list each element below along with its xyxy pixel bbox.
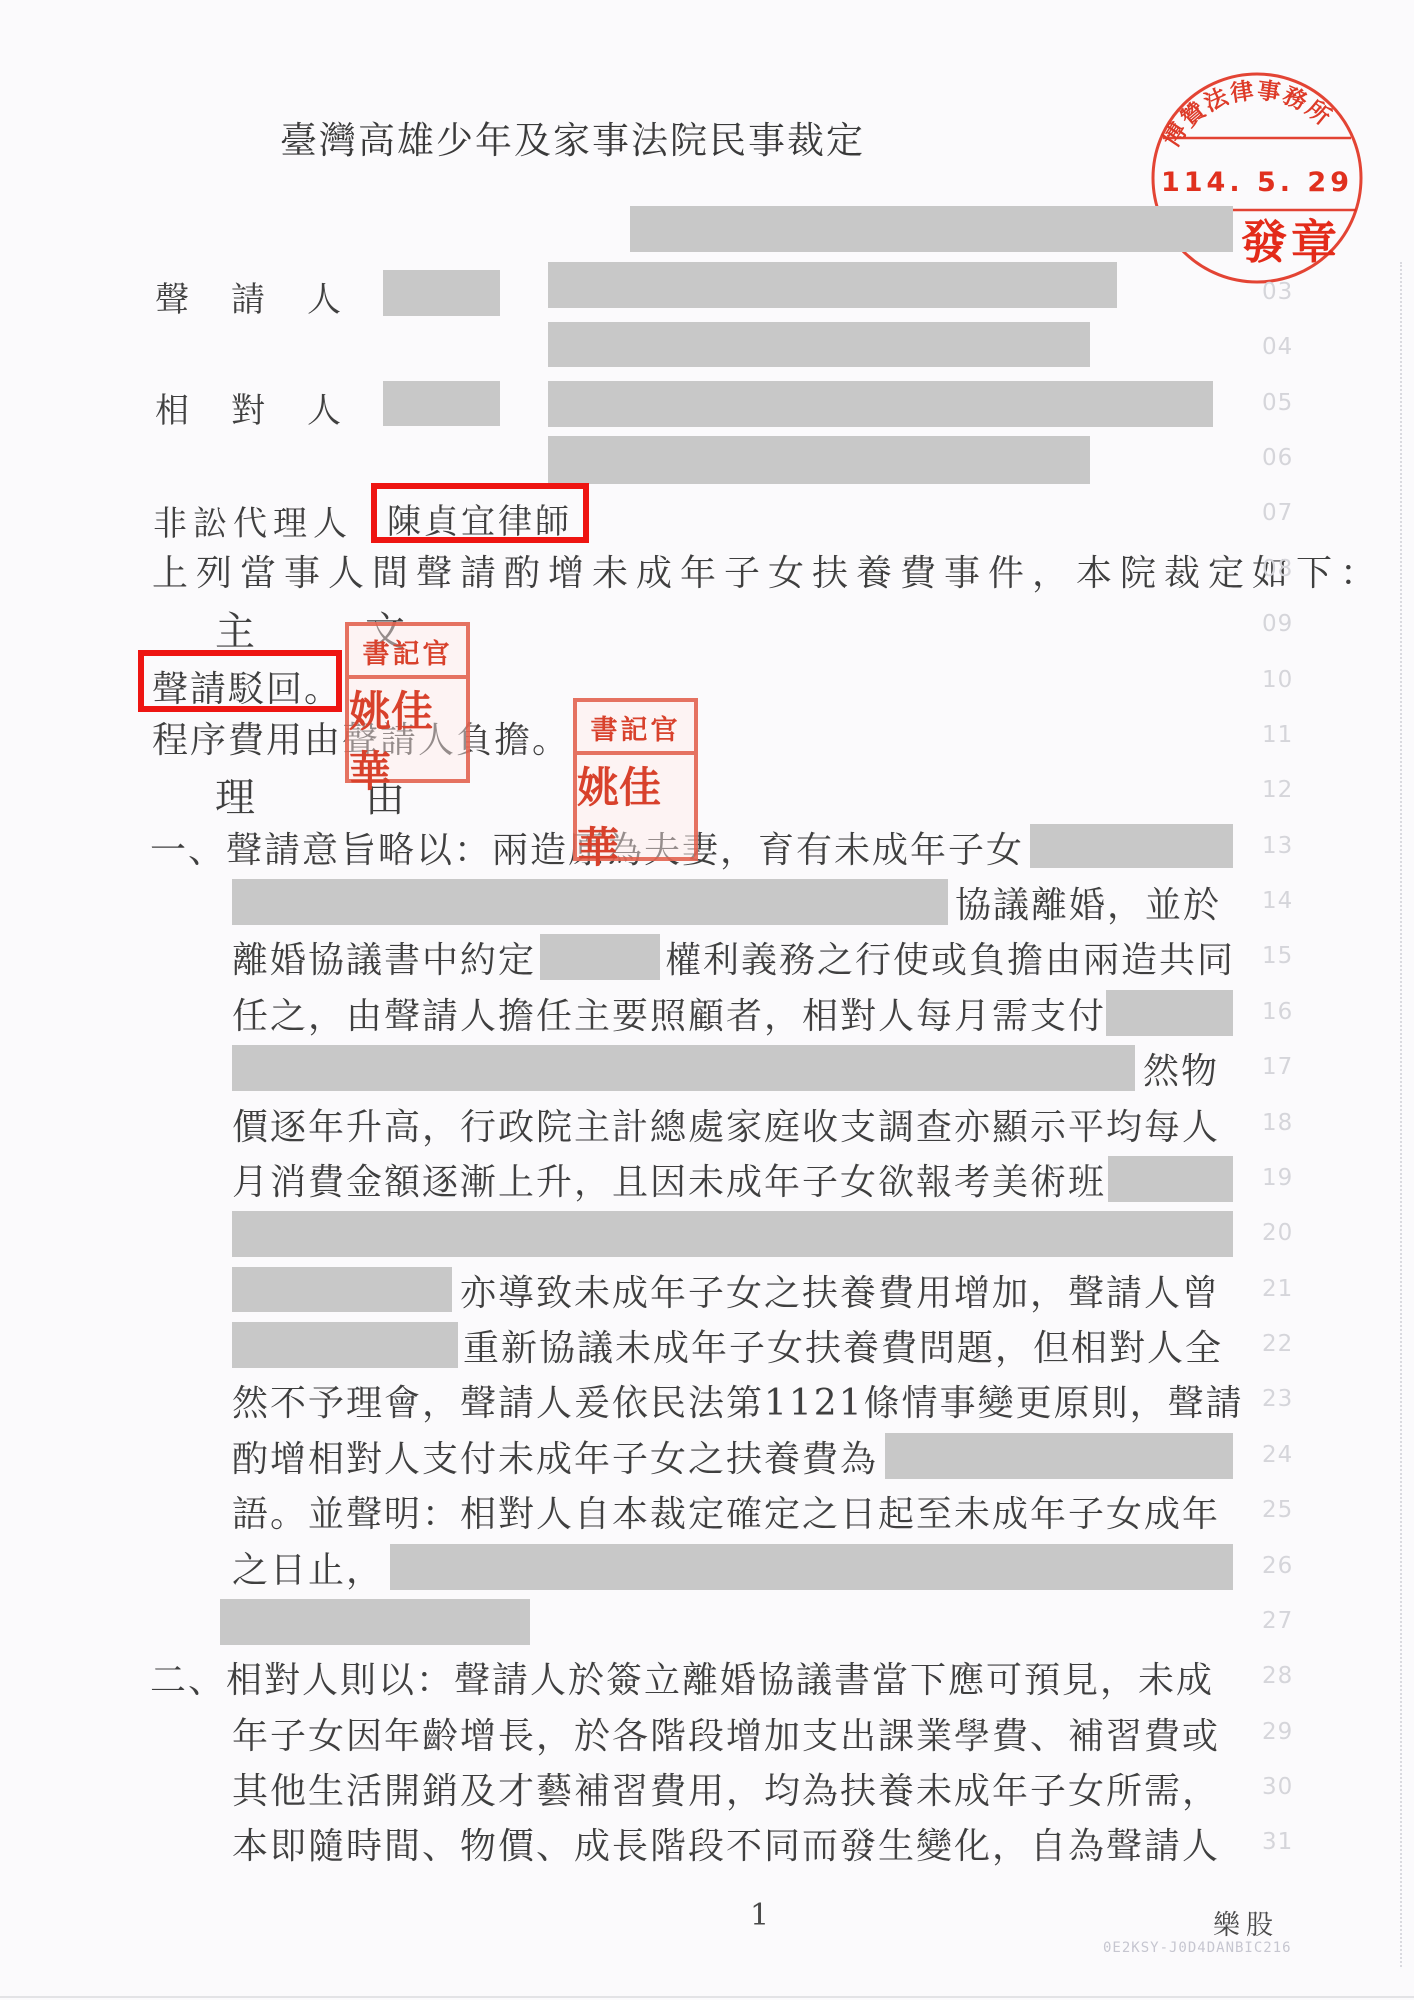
line-number: 24 <box>1262 1442 1302 1468</box>
redaction-line27 <box>220 1599 530 1645</box>
body-line-24: 酌增相對人支付未成年子女之扶養費為 <box>232 1431 878 1482</box>
clerk-seal-name: 姚佳華 <box>577 755 694 875</box>
petitioner-label: 聲請人 <box>155 272 383 321</box>
line-number: 06 <box>1262 445 1302 471</box>
agent-name-highlight-box: 陳貞宜律師 <box>371 483 589 543</box>
redaction-line15 <box>540 934 660 980</box>
line-number: 18 <box>1262 1110 1302 1136</box>
clerk-seal-2: 書記官 姚佳華 <box>573 698 698 861</box>
clerk-seal-title: 書記官 <box>349 626 466 679</box>
respondent-label: 相對人 <box>155 383 383 432</box>
line-number: 03 <box>1262 279 1302 305</box>
redaction-petitioner-line1 <box>548 262 1117 308</box>
line-number: 16 <box>1262 999 1302 1025</box>
body-line-21: 亦導致未成年子女之扶養費用增加，聲請人曾 <box>460 1265 1220 1316</box>
redaction-petitioner-id <box>383 270 500 316</box>
line-number: 12 <box>1262 777 1302 803</box>
line-number: 26 <box>1262 1553 1302 1579</box>
scan-bottom-edge <box>0 1996 1414 1998</box>
body-line-22: 重新協議未成年子女扶養費問題，但相對人全 <box>463 1320 1223 1371</box>
line-number: 31 <box>1262 1829 1302 1855</box>
line-number: 27 <box>1262 1608 1302 1634</box>
body-line-19: 月消費金額逐漸上升，且因未成年子女欲報考美術班 <box>232 1154 1106 1205</box>
ruling-dismissed-highlight-box: 聲請駁回。 <box>138 650 342 712</box>
line-number: 23 <box>1262 1386 1302 1412</box>
clerk-seal-name: 姚佳華 <box>349 679 466 799</box>
line-number: 13 <box>1262 833 1302 859</box>
line-number: 05 <box>1262 390 1302 416</box>
body-line-15a: 離婚協議書中約定 <box>232 932 536 983</box>
line-number: 28 <box>1262 1663 1302 1689</box>
redaction-line17 <box>232 1045 1135 1091</box>
redaction-respondent-id <box>383 381 500 426</box>
scan-edge-artifact <box>1400 262 1402 1967</box>
line-number: 08 <box>1262 556 1302 582</box>
stamp-date: 114. 5. 29 <box>1161 167 1353 198</box>
agent-label: 非訟代理人 <box>153 496 353 545</box>
line-number: 30 <box>1262 1774 1302 1800</box>
line-number: 17 <box>1262 1054 1302 1080</box>
body-line-25: 語。並聲明：相對人自本裁定確定之日起至未成年子女成年 <box>232 1486 1220 1537</box>
line-number: 09 <box>1262 611 1302 637</box>
body-line-16: 任之，由聲請人擔任主要照顧者，相對人每月需支付 <box>232 988 1106 1039</box>
redaction-line20 <box>232 1211 1233 1257</box>
line-number: 29 <box>1262 1719 1302 1745</box>
redaction-line13 <box>1030 824 1233 868</box>
redaction-line16 <box>1106 990 1233 1036</box>
line-number: 04 <box>1262 334 1302 360</box>
page-title: 臺灣高雄少年及家事法院民事裁定 <box>280 110 865 164</box>
reasons-heading-left: 理 <box>215 766 257 823</box>
line-number: 25 <box>1262 1497 1302 1523</box>
clerk-seal-title: 書記官 <box>577 702 694 755</box>
body-line-17: 然物 <box>1143 1043 1219 1094</box>
body-line-18: 價逐年升高，行政院主計總處家庭收支調查亦顯示平均每人 <box>232 1099 1220 1150</box>
clerk-seal-1: 書記官 姚佳華 <box>345 622 470 783</box>
scanned-court-ruling-page: 臺灣高雄少年及家事法院民事裁定 博贊法律事務所 114. 5. 29 發章 聲請… <box>0 0 1414 2000</box>
line-number: 22 <box>1262 1331 1302 1357</box>
line-number: 15 <box>1262 943 1302 969</box>
line-number: 11 <box>1262 722 1302 748</box>
page-number: 1 <box>750 1898 769 1933</box>
redaction-case-number <box>630 206 1233 252</box>
document-barcode-text: 0E2KSY-J0D4DANBIC216 <box>1103 1940 1292 1956</box>
body-line-08: 上列當事人間聲請酌增未成年子女扶養費事件，本院裁定如下： <box>152 545 1384 596</box>
redaction-line21 <box>232 1267 452 1312</box>
body-line-28: 二、相對人則以：聲請人於簽立離婚協議書當下應可預見，未成 <box>150 1652 1214 1703</box>
line-number: 14 <box>1262 888 1302 914</box>
body-line-26: 之日止， <box>232 1542 384 1593</box>
redaction-petitioner-line2 <box>548 322 1090 367</box>
agent-name: 陳貞宜律師 <box>387 494 572 543</box>
line-number: 19 <box>1262 1165 1302 1191</box>
redaction-line22 <box>232 1322 458 1368</box>
redaction-line26 <box>390 1544 1233 1590</box>
body-line-15b: 權利義務之行使或負擔由兩造共同 <box>665 932 1235 983</box>
line-number: 10 <box>1262 667 1302 693</box>
body-line-29: 年子女因年齡增長，於各階段增加支出課業學費、補習費或 <box>232 1708 1220 1759</box>
redaction-line19 <box>1108 1156 1233 1202</box>
line-number: 07 <box>1262 500 1302 526</box>
redaction-respondent-line2 <box>548 436 1090 484</box>
body-line-31: 本即隨時間、物價、成長階段不同而發生變化，自為聲請人 <box>232 1818 1220 1869</box>
line-number: 20 <box>1262 1220 1302 1246</box>
body-line-30: 其他生活開銷及才藝補習費用，均為扶養未成年子女所需， <box>232 1763 1220 1814</box>
court-division-label: 樂股 <box>1213 1903 1279 1942</box>
line-number: 21 <box>1262 1276 1302 1302</box>
law-firm-date-stamp: 博贊法律事務所 114. 5. 29 發章 <box>1141 60 1381 296</box>
main-text-heading-left: 主 <box>215 600 257 657</box>
body-line-23: 然不予理會，聲請人爰依民法第1121條情事變更原則，聲請 <box>232 1375 1244 1426</box>
body-line-10: 聲請駁回。 <box>152 661 342 712</box>
stamp-issue-label: 發章 <box>1241 215 1341 269</box>
redaction-line14 <box>232 879 948 925</box>
redaction-respondent-line1 <box>548 381 1213 427</box>
redaction-line24 <box>885 1433 1233 1479</box>
body-line-14: 協議離婚，並於 <box>955 877 1221 928</box>
